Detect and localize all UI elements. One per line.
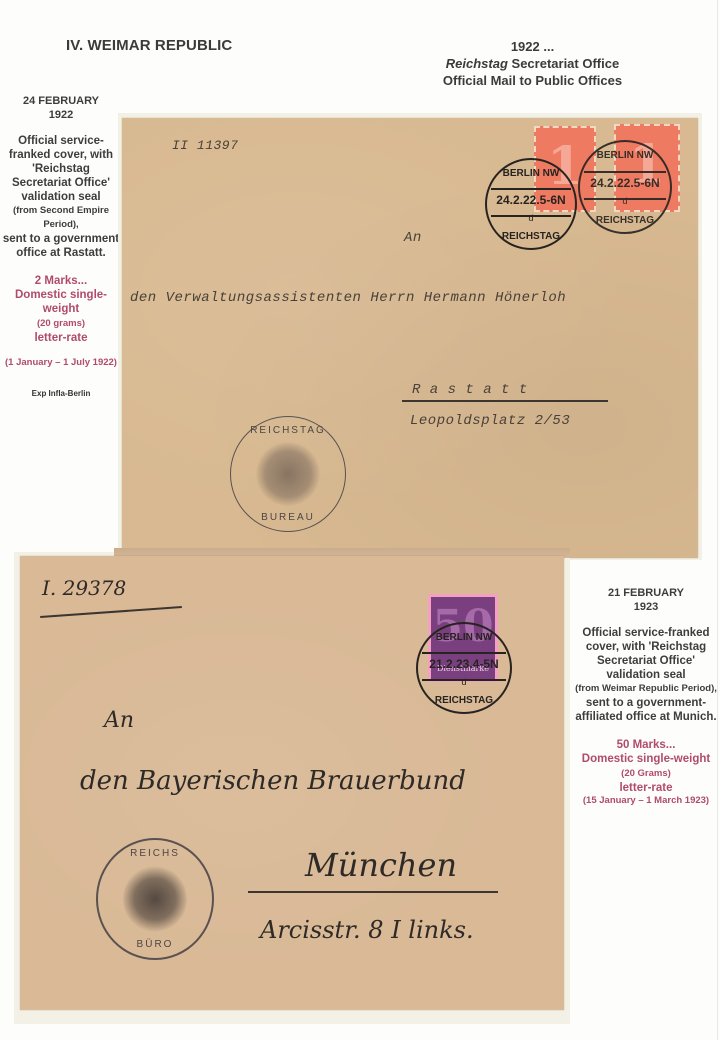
- seal-text-top: REICHSTAG: [231, 425, 345, 436]
- postmark-letter: d: [418, 677, 510, 687]
- cover2-rate-amount: 50 Marks...: [617, 739, 676, 751]
- cover2-date-year: 1923: [634, 601, 658, 613]
- cover1-postmark-1: BERLIN NW 24.2.22.5-6N d REICHSTAG: [485, 158, 577, 250]
- cover1-envelope: II 11397 1 1 BERLIN NW 24.2.22.5-6N d RE…: [122, 118, 698, 558]
- postmark-office: REICHSTAG: [418, 695, 510, 706]
- cover2-street: Arcisstr. 8 I links.: [260, 916, 474, 944]
- cover1-date: 24 FEBRUARY 1922: [2, 94, 120, 122]
- cover2-date: 21 FEBRUARY 1923: [575, 586, 717, 614]
- cover1-reichstag-seal: REICHSTAG BUREAU: [230, 416, 346, 532]
- page-header: 1922 ... Reichstag Secretariat Office Of…: [400, 38, 665, 89]
- cover2-description-period: (from Weimar Republic Period),: [575, 682, 717, 696]
- cover2-postmark: BERLIN NW 21.2.23.4-5N d REICHSTAG: [416, 622, 512, 714]
- cover2-envelope: I. 29378 50 Dienstmarke BERLIN NW 21.2.2…: [20, 556, 564, 1010]
- postmark-city: BERLIN NW: [580, 150, 670, 161]
- postmark-office: REICHSTAG: [487, 231, 575, 242]
- cover2-description-end: sent to a government-affiliated office a…: [575, 696, 717, 724]
- seal-text-bottom: BÜRO: [98, 939, 212, 950]
- cover2-rate: 50 Marks... Domestic single-weight (20 G…: [575, 738, 717, 795]
- cover1-date-year: 1922: [49, 109, 73, 121]
- postmark-letter: d: [487, 213, 575, 223]
- cover1-description: Official service-franked cover, with 'Re…: [2, 134, 120, 204]
- cover2-caption: 21 FEBRUARY 1923 Official service-franke…: [575, 586, 717, 807]
- header-subtitle-rest: Secretariat Office: [508, 56, 619, 71]
- cover1-city-underline: [402, 400, 608, 402]
- postmark-bar: [584, 171, 667, 173]
- cover1-date-day: 24 FEBRUARY: [23, 95, 99, 107]
- postmark-date: 24.2.22.5-6N: [487, 193, 575, 207]
- cover1-rate-weight: (20 grams): [37, 318, 85, 329]
- cover2-city-underline: [248, 891, 498, 893]
- cover2-rate-period: (15 January – 1 March 1923): [575, 795, 717, 807]
- cover1-description-period: (from Second Empire Period),: [2, 204, 120, 232]
- cover1-an: An: [404, 230, 422, 246]
- postmark-letter: d: [580, 196, 670, 206]
- cover2-an: An: [104, 708, 134, 733]
- cover1-rate-type: Domestic single-weight: [15, 289, 107, 315]
- cover1-street: Leopoldsplatz 2/53: [410, 413, 570, 429]
- seal-text-top: REICHS: [98, 848, 212, 859]
- postmark-office: REICHSTAG: [580, 215, 670, 226]
- cover2-city: München: [305, 846, 457, 884]
- cover2-rate-type: Domestic single-weight: [582, 753, 710, 765]
- postmark-date: 24.2.22.5-6N: [580, 176, 670, 190]
- postmark-date: 21.2.23.4-5N: [418, 657, 510, 671]
- cover2-description: Official service-franked cover, with 'Re…: [575, 626, 717, 682]
- postmark-bar: [422, 652, 507, 654]
- section-title: IV. WEIMAR REPUBLIC: [66, 37, 232, 54]
- cover2-rate-label: letter-rate: [619, 782, 672, 794]
- header-subtitle2: Official Mail to Public Offices: [400, 72, 665, 89]
- cover2-date-day: 21 FEBRUARY: [608, 587, 684, 599]
- cover2-reference: I. 29378: [42, 576, 126, 600]
- header-year: 1922 ...: [400, 38, 665, 55]
- cover2-addressee: den Bayerischen Brauerbund: [80, 766, 466, 796]
- seal-text-bottom: BUREAU: [231, 512, 345, 523]
- cover1-city: R a s t a t t: [412, 382, 528, 398]
- cover2-reference-underline: [40, 606, 182, 617]
- cover1-reference: II 11397: [172, 138, 238, 153]
- cover1-description-end: sent to a government office at Rastatt.: [2, 232, 120, 260]
- postmark-city: BERLIN NW: [418, 632, 510, 643]
- cover1-rate-period: (1 January – 1 July 1922): [2, 357, 120, 369]
- page-edge: [717, 0, 718, 1040]
- cover1-rate: 2 Marks... Domestic single-weight (20 gr…: [2, 274, 120, 345]
- cover1-postmark-2: BERLIN NW 24.2.22.5-6N d REICHSTAG: [578, 140, 672, 234]
- cover1-credit: Exp Infla-Berlin: [2, 387, 120, 401]
- cover2-reichstag-seal: REICHS BÜRO: [96, 838, 214, 960]
- eagle-icon: [123, 866, 187, 932]
- header-subtitle-italic: Reichstag: [446, 56, 508, 71]
- postmark-bar: [491, 188, 572, 190]
- cover1-addressee: den Verwaltungsassistenten Herrn Hermann…: [130, 290, 566, 306]
- cover1-caption: 24 FEBRUARY 1922 Official service-franke…: [2, 94, 120, 401]
- eagle-icon: [256, 442, 320, 506]
- header-subtitle: Reichstag Secretariat Office: [400, 55, 665, 72]
- cover1-rate-label: letter-rate: [34, 332, 87, 344]
- cover1-rate-amount: 2 Marks...: [35, 275, 87, 287]
- cover2-rate-weight: (20 Grams): [621, 768, 671, 779]
- postmark-city: BERLIN NW: [487, 168, 575, 179]
